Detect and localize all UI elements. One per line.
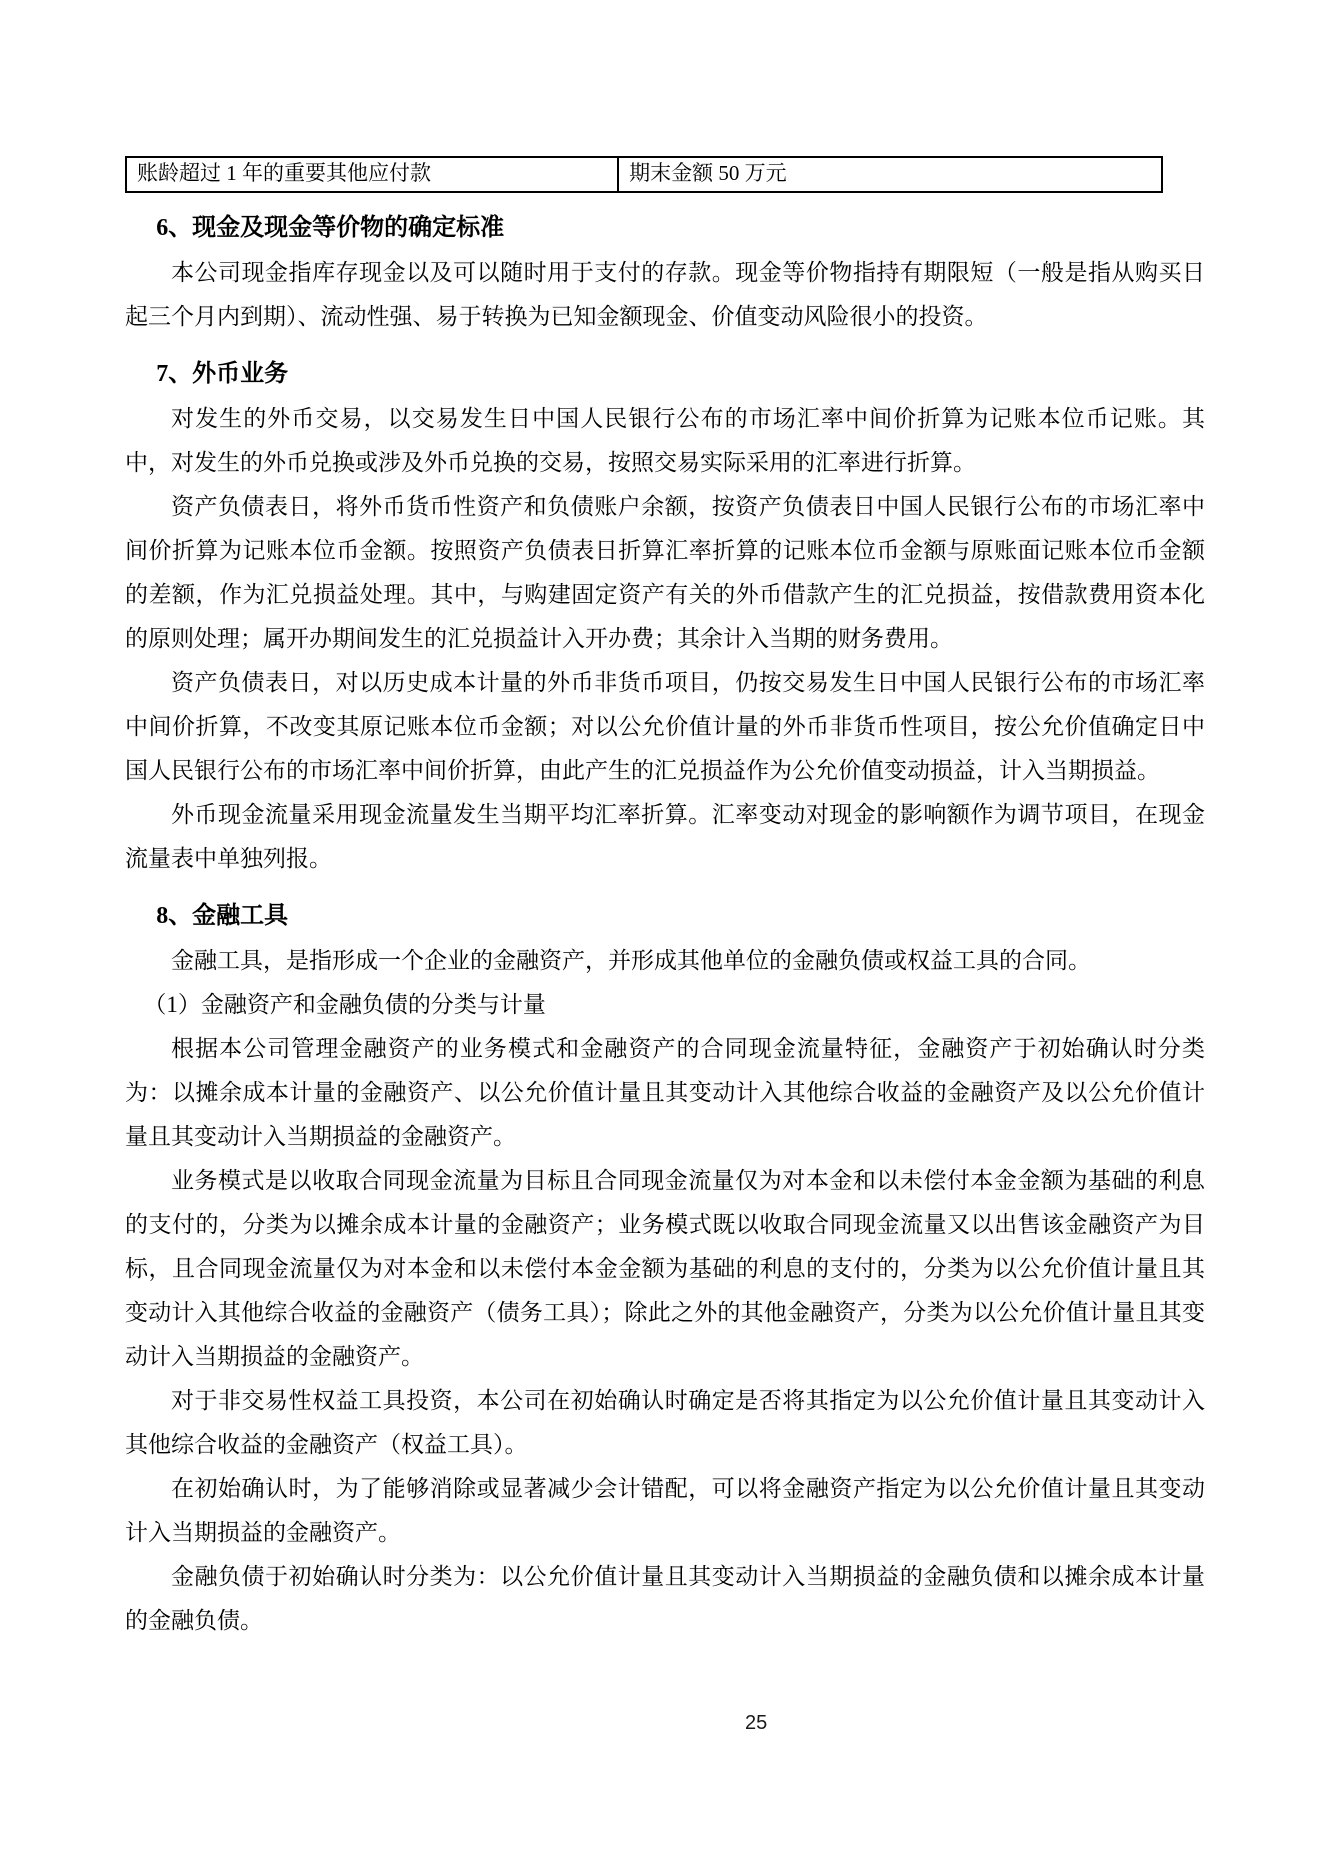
other-payables-table: 账龄超过 1 年的重要其他应付款 期末金额 50 万元 — [125, 156, 1163, 193]
document-page: 账龄超过 1 年的重要其他应付款 期末金额 50 万元 6、现金及现金等价物的确… — [125, 0, 1205, 1643]
section-7-paragraph-1: 对发生的外币交易，以交易发生日中国人民银行公布的市场汇率中间价折算为记账本位币记… — [125, 397, 1205, 485]
section-7-paragraph-4: 外币现金流量采用现金流量发生当期平均汇率折算。汇率变动对现金的影响额作为调节项目… — [125, 793, 1205, 881]
section-8-paragraph-3: 业务模式是以收取合同现金流量为目标且合同现金流量仅为对本金和以未偿付本金金额为基… — [125, 1159, 1205, 1379]
section-8-paragraph-5: 在初始确认时，为了能够消除或显著减少会计错配，可以将金融资产指定为以公允价值计量… — [125, 1467, 1205, 1555]
section-6-heading: 6、现金及现金等价物的确定标准 — [125, 193, 1205, 251]
section-7-paragraph-2: 资产负债表日，将外币货币性资产和负债账户余额，按资产负债表日中国人民银行公布的市… — [125, 485, 1205, 661]
page-number: 25 — [745, 1712, 767, 1735]
payables-value-cell: 期末金额 50 万元 — [618, 157, 1162, 192]
payables-label-cell: 账龄超过 1 年的重要其他应付款 — [126, 157, 618, 192]
section-8-paragraph-4: 对于非交易性权益工具投资，本公司在初始确认时确定是否将其指定为以公允价值计量且其… — [125, 1379, 1205, 1467]
section-8-paragraph-2: 根据本公司管理金融资产的业务模式和金融资产的合同现金流量特征，金融资产于初始确认… — [125, 1027, 1205, 1159]
section-6-paragraph-1: 本公司现金指库存现金以及可以随时用于支付的存款。现金等价物指持有期限短（一般是指… — [125, 251, 1205, 339]
section-7-paragraph-3: 资产负债表日，对以历史成本计量的外币非货币项目，仍按交易发生日中国人民银行公布的… — [125, 661, 1205, 793]
section-8-heading: 8、金融工具 — [125, 881, 1205, 939]
section-8-subheading-1: （1）金融资产和金融负债的分类与计量 — [125, 983, 1205, 1027]
section-8-paragraph-1: 金融工具，是指形成一个企业的金融资产，并形成其他单位的金融负债或权益工具的合同。 — [125, 939, 1205, 983]
section-7-heading: 7、外币业务 — [125, 339, 1205, 397]
section-8-paragraph-6: 金融负债于初始确认时分类为：以公允价值计量且其变动计入当期损益的金融负债和以摊余… — [125, 1555, 1205, 1643]
table-row: 账龄超过 1 年的重要其他应付款 期末金额 50 万元 — [126, 157, 1162, 192]
